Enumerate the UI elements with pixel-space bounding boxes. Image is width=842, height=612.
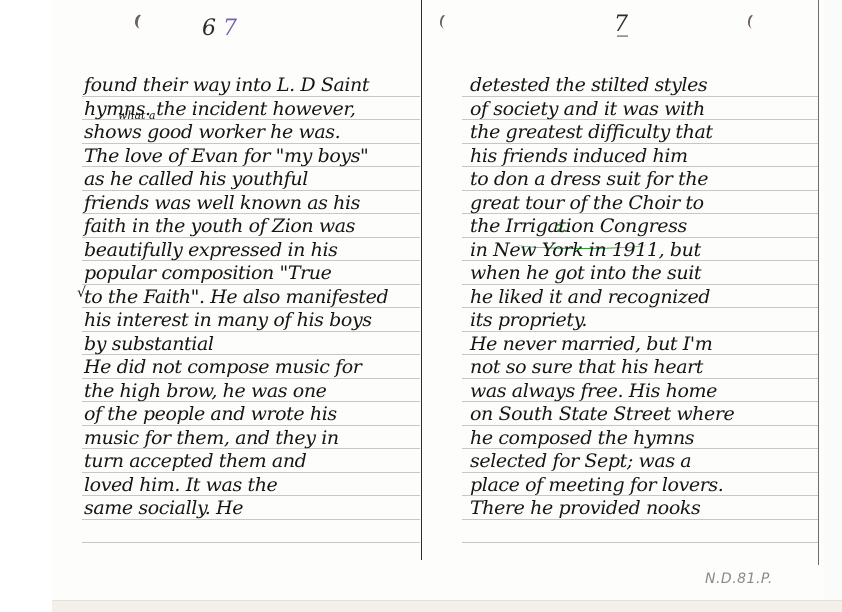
text-line: was always free. His home [470, 380, 717, 402]
manuscript-scan: 6 7 7̲ found their way into L. D Saint h… [0, 0, 842, 612]
catalog-mark: N.D.81.P. [705, 571, 773, 587]
text-line: its propriety. [470, 309, 587, 331]
page-number-pencil: 6 [202, 16, 216, 41]
text-line: same socially. He [84, 497, 243, 519]
text-line: beautifully expressed in his [84, 239, 338, 261]
text-line: He did not compose music for [84, 356, 362, 378]
text-line: There he provided nooks [470, 497, 700, 519]
text-line: popular composition "True [84, 262, 331, 284]
text-line: to don a dress suit for the [470, 168, 708, 190]
text-line: the high brow, he was one [84, 380, 327, 402]
text-line: to the Faith". He also manifested [84, 286, 388, 308]
text-line: shows good worker he was. [84, 121, 340, 143]
text-line: his interest in many of his boys [84, 309, 372, 331]
left-page-number: 6 7 [202, 18, 237, 40]
left-page-margin-rule [421, 0, 422, 560]
text-line: his friends induced him [470, 145, 688, 167]
text-line: the greatest difficulty that [470, 121, 713, 143]
right-page-number: 7̲ [614, 14, 628, 36]
page-number-ink: 7 [223, 16, 237, 41]
text-line: he liked it and recognized [470, 286, 710, 308]
text-line: friends was well known as his [84, 192, 360, 214]
text-line: faith in the youth of Zion was [84, 215, 355, 237]
text-line: of society and it was with [470, 98, 705, 120]
text-line: great tour of the Choir to [470, 192, 704, 214]
scan-background-left [0, 0, 52, 612]
text-line: not so sure that his heart [470, 356, 703, 378]
text-line: as he called his youthful [84, 168, 308, 190]
text-line: he composed the hymns [470, 427, 694, 449]
interlinear-insert: what a [118, 110, 156, 121]
text-line: music for them, and they in [84, 427, 339, 449]
text-line: in New York in 1911, but [470, 239, 701, 261]
scan-bottom-edge [52, 600, 842, 612]
text-line: on South State Street where [470, 403, 734, 425]
text-line: of the people and wrote his [84, 403, 337, 425]
text-line: detested the stilted styles [470, 74, 707, 96]
text-line: place of meeting for lovers. [470, 474, 723, 496]
text-line: loved him. It was the [84, 474, 277, 496]
text-line: by substantial [84, 333, 214, 355]
text-line: the Irrigation Congress [470, 215, 687, 237]
text-line: He never married, but I'm [470, 333, 712, 355]
right-page-edge [824, 0, 842, 600]
text-line: found their way into L. D Saint [84, 74, 369, 96]
text-line: when he got into the suit [470, 262, 701, 284]
text-line: turn accepted them and [84, 450, 306, 472]
right-page-margin-rule [818, 0, 819, 565]
text-line: The love of Evan for "my boys" [84, 145, 368, 167]
text-line: selected for Sept; was a [470, 450, 691, 472]
